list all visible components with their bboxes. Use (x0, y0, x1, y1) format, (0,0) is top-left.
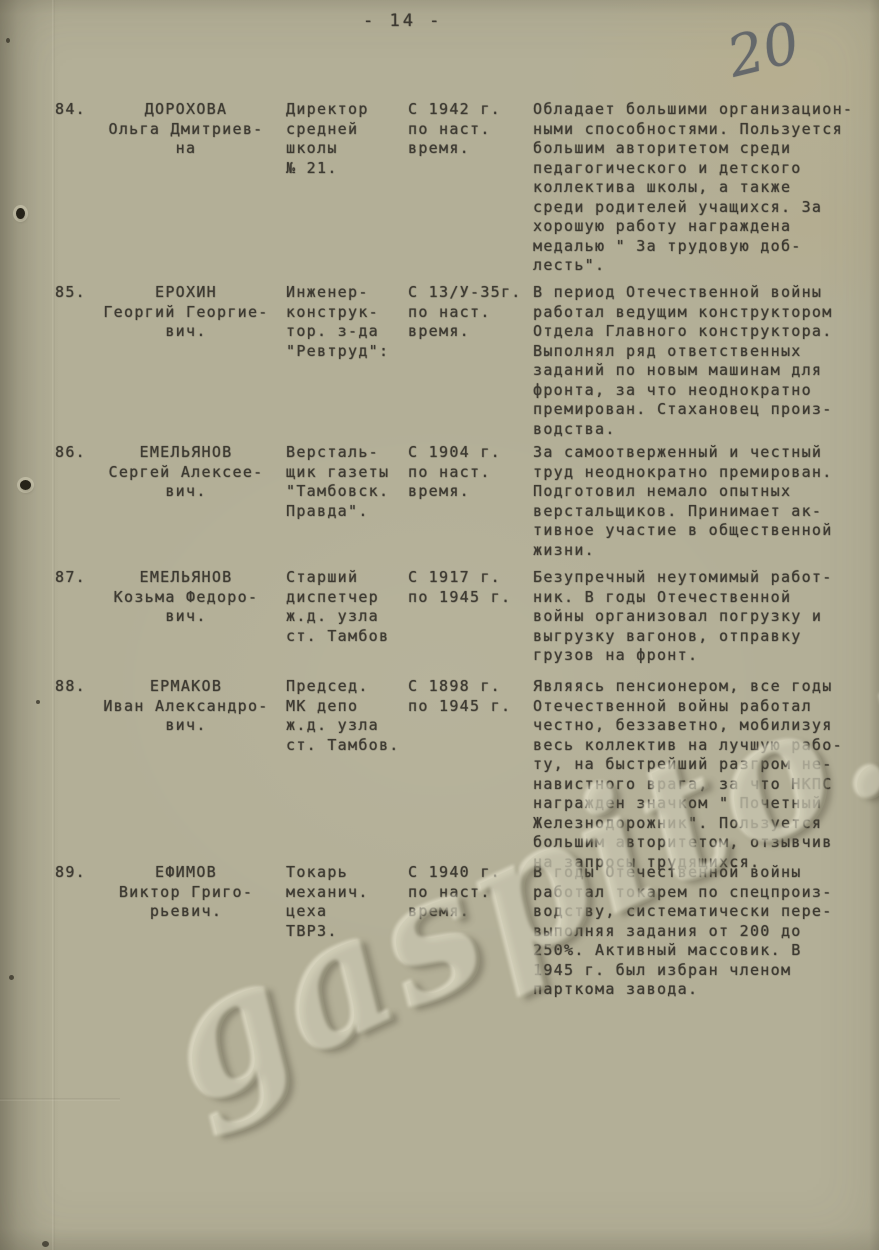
scanned-document-page: - 14 - 20 84. ДОРОХОВА Ольга Дмитриев- н… (0, 0, 879, 1250)
entry-description: В годы Отечественной войны работал токар… (533, 863, 879, 1000)
paper-crease-vertical (52, 0, 55, 1250)
entry-dates: С 1917 г. по 1945 г. (408, 568, 533, 607)
entry-name: ЕМЕЛЬЯНОВ Козьма Федоро- вич. (86, 568, 286, 627)
entry-description: За самоотверженный и честный труд неодно… (533, 443, 879, 560)
entry-description: Обладает большими организацион- ными спо… (533, 100, 879, 276)
entry-position: Директор средней школы № 21. (286, 100, 408, 178)
ink-speck (42, 1241, 49, 1247)
entry-dates: С 1898 г. по 1945 г. (408, 677, 533, 716)
entry-name: ЕРОХИН Георгий Георгие- вич. (86, 283, 286, 342)
ink-speck (36, 700, 40, 704)
entry-dates: С 1942 г. по наст. время. (408, 100, 533, 159)
entry-name: ДОРОХОВА Ольга Дмитриев- на (86, 100, 286, 159)
page-number: - 14 - (363, 12, 442, 32)
pin-hole (16, 208, 25, 219)
entry-dates: С 1940 г. по наст. время. (408, 863, 533, 922)
entry-position: Председ. МК депо ж.д. узла ст. Тамбов. (286, 677, 408, 755)
entry-description: Безупречный неутомимый работ- ник. В год… (533, 568, 879, 666)
ink-speck (9, 975, 14, 980)
entry-name: ЕФИМОВ Виктор Григо- рьевич. (86, 863, 286, 922)
entry-description: В период Отечественной войны работал вед… (533, 283, 879, 439)
paper-crease-horizontal (0, 1098, 120, 1101)
entry-dates: С 13/У-35г. по наст. время. (408, 283, 533, 342)
entry-position: Версталь- щик газеты "Тамбовск. Правда". (286, 443, 408, 521)
entry-description: Являясь пенсионером, все годы Отечествен… (533, 677, 879, 872)
entry-name: ЕРМАКОВ Иван Александро- вич. (86, 677, 286, 736)
pin-hole (20, 480, 31, 490)
entry-position: Старший диспетчер ж.д. узла ст. Тамбов (286, 568, 408, 646)
entry-position: Токарь механич. цеха ТВРЗ. (286, 863, 408, 941)
entry-dates: С 1904 г. по наст. время. (408, 443, 533, 502)
handwritten-folio-number: 20 (721, 10, 806, 90)
ink-speck (6, 38, 10, 43)
entry-name: ЕМЕЛЬЯНОВ Сергей Алексее- вич. (86, 443, 286, 502)
entry-position: Инженер- конструк- тор. з-да "Ревтруд": (286, 283, 408, 361)
